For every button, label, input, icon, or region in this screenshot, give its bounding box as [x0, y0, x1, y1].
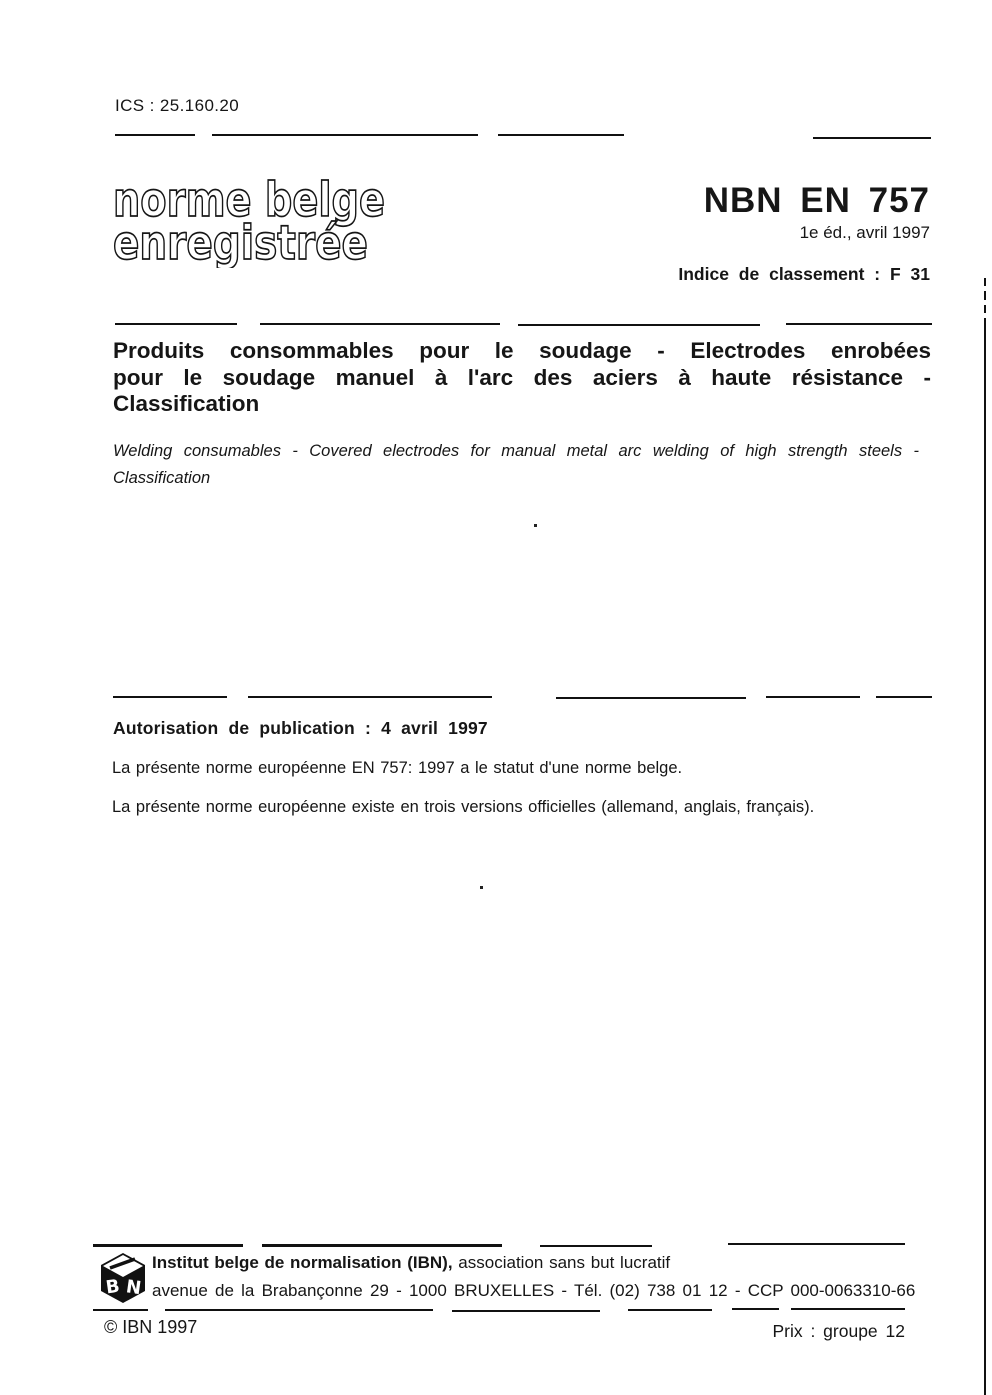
footer-address: avenue de la Brabançonne 29 - 1000 BRUXE…	[152, 1281, 915, 1301]
status-paragraph: La présente norme européenne EN 757: 199…	[112, 759, 682, 778]
organisation-suffix: association sans but lucratif	[453, 1253, 671, 1272]
logo-letter-b: B	[105, 1276, 122, 1299]
title-line-3: Classification	[113, 391, 931, 418]
title-en-line-2: Classification	[113, 465, 919, 492]
document-title-en: Welding consumables - Covered electrodes…	[113, 438, 919, 492]
outline-text-stamp: norme belge enregistrée	[112, 174, 412, 268]
registered-standard-stamp: norme belge enregistrée	[112, 174, 412, 273]
logo-letter-n: N	[125, 1276, 143, 1299]
scan-speck	[534, 524, 537, 527]
standard-cover-page: ICS : 25.160.20 norme belge enregistrée …	[0, 0, 992, 1395]
document-title-fr: Produits consommables pour le soudage - …	[113, 338, 931, 418]
scan-speck	[480, 886, 483, 889]
title-line-1: Produits consommables pour le soudage - …	[113, 338, 931, 365]
classification-index: Indice de classement : F 31	[510, 264, 930, 285]
organisation-name: Institut belge de normalisation (IBN),	[152, 1253, 453, 1272]
stamp-line2: enregistrée	[113, 216, 368, 268]
ibn-cube-logo-icon: B N	[97, 1252, 149, 1309]
copyright-notice: © IBN 1997	[104, 1317, 197, 1338]
edition-date: 1e éd., avril 1997	[510, 224, 930, 242]
footer-organisation: Institut belge de normalisation (IBN), a…	[152, 1253, 670, 1273]
title-en-line-1: Welding consumables - Covered electrodes…	[113, 438, 919, 465]
ics-code: ICS : 25.160.20	[115, 96, 239, 116]
reference-block: NBN EN 757 1e éd., avril 1997 Indice de …	[510, 182, 930, 285]
title-line-2: pour le soudage manuel à l'arc des acier…	[113, 365, 931, 392]
versions-paragraph: La présente norme européenne existe en t…	[112, 798, 814, 817]
price-group: Prix : groupe 12	[772, 1321, 905, 1342]
publication-authorization: Autorisation de publication : 4 avril 19…	[113, 718, 488, 739]
standard-number: NBN EN 757	[510, 182, 930, 220]
